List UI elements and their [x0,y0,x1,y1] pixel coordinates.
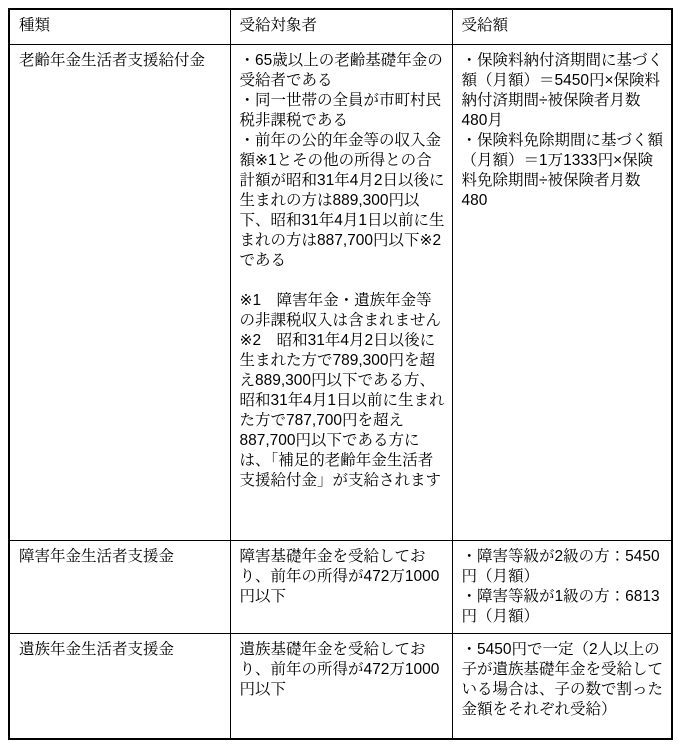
cell-type: 老齢年金生活者支援給付金 [9,44,230,540]
pension-benefits-table: 種類 受給対象者 受給額 老齢年金生活者支援給付金 ・65歳以上の老齢基礎年金の… [8,8,673,740]
cell-amount: ・保険料納付済期間に基づく額（月額）＝5450円×保険料納付済期間÷被保険者月数… [452,44,672,540]
table-row-old-age-pension: 老齢年金生活者支援給付金 ・65歳以上の老齢基礎年金の受給者である ・同一世帯の… [9,44,672,540]
cell-type: 障害年金生活者支援金 [9,540,230,633]
column-header-eligibility: 受給対象者 [230,9,452,44]
cell-eligibility: ・65歳以上の老齢基礎年金の受給者である ・同一世帯の全員が市町村民税非課税であ… [230,44,452,540]
cell-eligibility: 遺族基礎年金を受給しており、前年の所得が472万1000円以下 [230,633,452,739]
column-header-type: 種類 [9,9,230,44]
page: 種類 受給対象者 受給額 老齢年金生活者支援給付金 ・65歳以上の老齢基礎年金の… [0,0,679,749]
cell-type: 遺族年金生活者支援金 [9,633,230,739]
table-header-row: 種類 受給対象者 受給額 [9,9,672,44]
cell-amount: ・障害等級が2級の方：5450円（月額） ・障害等級が1級の方：6813円（月額… [452,540,672,633]
cell-amount: ・5450円で一定（2人以上の子が遺族基礎年金を受給している場合は、子の数で割っ… [452,633,672,739]
table-row-survivor-pension: 遺族年金生活者支援金 遺族基礎年金を受給しており、前年の所得が472万1000円… [9,633,672,739]
cell-eligibility: 障害基礎年金を受給しており、前年の所得が472万1000円以下 [230,540,452,633]
table-row-disability-pension: 障害年金生活者支援金 障害基礎年金を受給しており、前年の所得が472万1000円… [9,540,672,633]
column-header-amount: 受給額 [452,9,672,44]
